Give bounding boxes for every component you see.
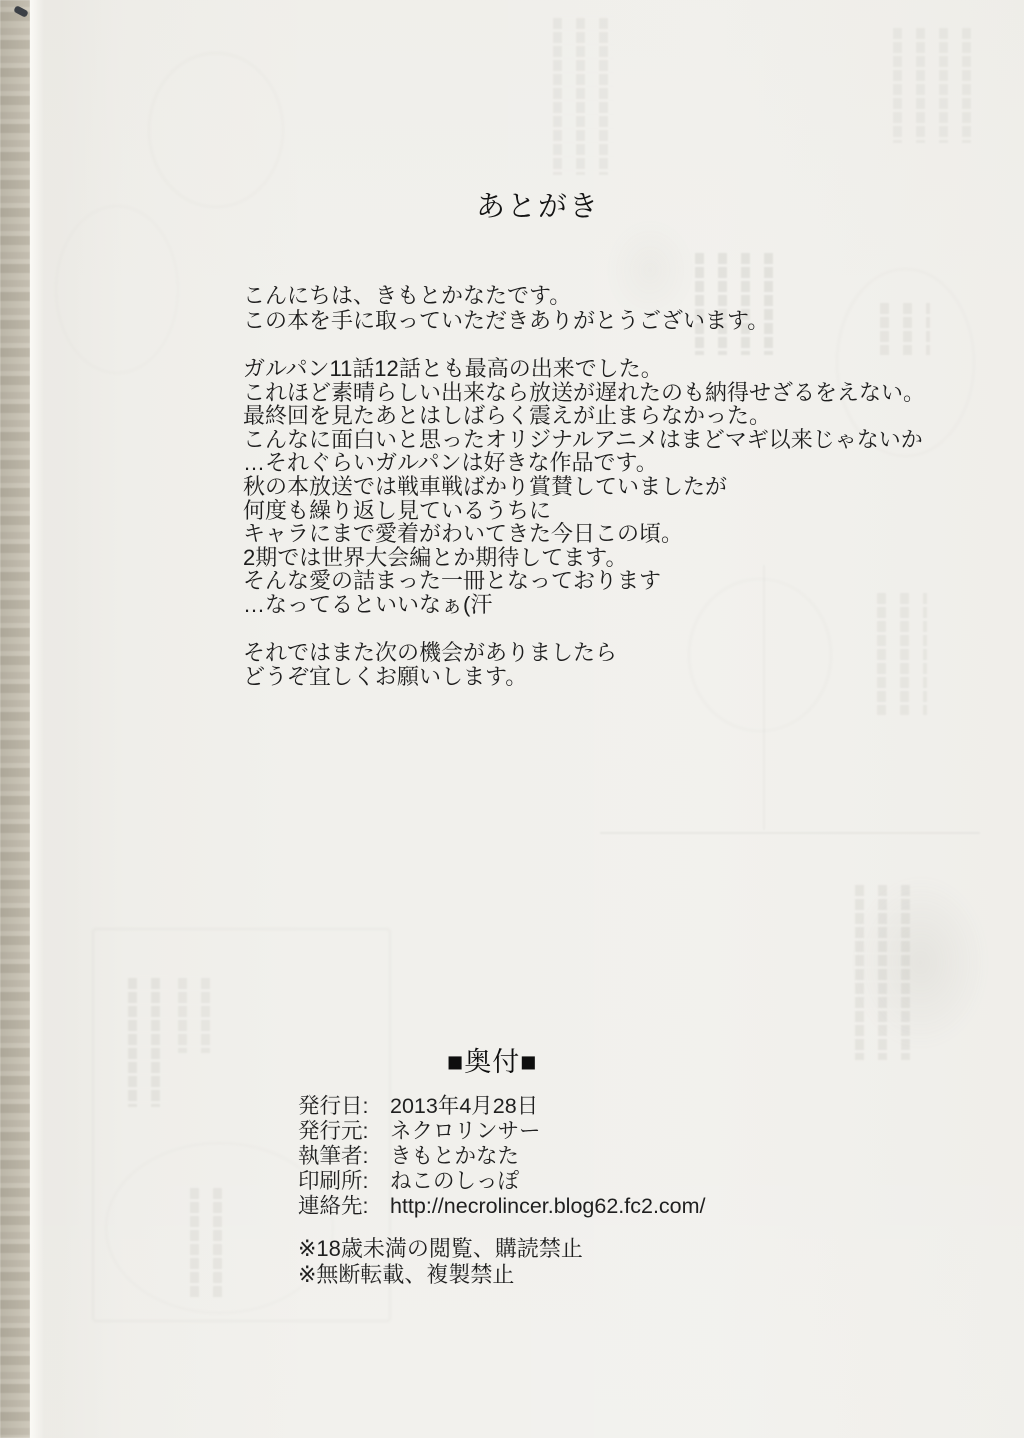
colophon-contact-url: http://necrolincer.blog62.fc2.com/ — [390, 1194, 706, 1219]
bleedthrough-text-column — [178, 975, 218, 1053]
colophon-notices: ※18歳未満の閲覧、購読禁止 ※無断転載、複製禁止 — [298, 1236, 583, 1287]
colophon-label: 発行元: — [298, 1119, 390, 1144]
colophon-notice-line: ※18歳未満の閲覧、購読禁止 — [298, 1236, 583, 1262]
bleedthrough-art — [828, 845, 1013, 1080]
colophon-value: きもとかなた — [390, 1144, 519, 1169]
afterword-body: ガルパン11話12話とも最高の出来でした。 これほど素晴らしい出来なら放送が遅れ… — [243, 357, 925, 617]
afterword-body-line: そんな愛の詰まった一冊となっております — [243, 569, 925, 593]
colophon-row: 連絡先: http://necrolincer.blog62.fc2.com/ — [298, 1194, 706, 1219]
afterword-greeting: こんにちは、きもとかなたです。 この本を手に取っていただきありがとうございます。 — [243, 283, 769, 333]
colophon-label: 執筆者: — [298, 1144, 390, 1169]
scan-page-edge — [0, 0, 30, 1438]
bleedthrough-text-column — [893, 25, 978, 143]
colophon-label: 印刷所: — [298, 1169, 390, 1194]
colophon-row: 発行日: 2013年4月28日 — [298, 1094, 706, 1119]
afterword-body-line: これほど素晴らしい出来なら放送が遅れたのも納得せざるをえない。 — [243, 381, 925, 405]
afterword-closing-line: それではまた次の機会がありましたら — [243, 641, 617, 665]
colophon-label: 発行日: — [298, 1094, 390, 1119]
colophon-value: 2013年4月28日 — [390, 1094, 538, 1119]
colophon-value: ねこのしっぽ — [390, 1169, 519, 1194]
scanned-page: あとがき こんにちは、きもとかなたです。 この本を手に取っていただきありがとうご… — [0, 0, 1024, 1438]
colophon-heading: ■奥付■ — [447, 1040, 538, 1079]
bleedthrough-text-column — [190, 1185, 226, 1297]
afterword-body-line: 最終回を見たあとはしばらく震えが止まらなかった。 — [243, 404, 925, 428]
bleedthrough-panel-line — [600, 832, 980, 834]
afterword-body-line: こんなに面白いと思ったオリジナルアニメはまどマギ以来じゃないか — [243, 428, 925, 452]
afterword-body-line: キャラにまで愛着がわいてきた今日この頃。 — [243, 522, 925, 546]
afterword-body-line: …なってるといいなぁ(汗 — [243, 593, 925, 617]
colophon-value: ネクロリンサー — [390, 1119, 541, 1144]
afterword-greeting-line: この本を手に取っていただきありがとうございます。 — [243, 308, 769, 333]
afterword-body-line: 秋の本放送では戦車戦ばかり賞賛していましたが — [243, 475, 925, 499]
afterword-body-line: ガルパン11話12話とも最高の出来でした。 — [243, 357, 925, 381]
colophon-row: 執筆者: きもとかなた — [298, 1144, 706, 1169]
scan-page-edge-highlight — [30, 0, 44, 1438]
afterword-closing-line: どうぞ宜しくお願いします。 — [243, 665, 617, 689]
bleedthrough-text-column — [880, 300, 930, 355]
colophon-row: 印刷所: ねこのしっぽ — [298, 1169, 706, 1194]
afterword-title: あとがき — [476, 184, 600, 225]
afterword-body-line: 2期では世界大会編とか期待してます。 — [243, 546, 925, 570]
colophon-entries: 発行日: 2013年4月28日 発行元: ネクロリンサー 執筆者: きもとかなた… — [298, 1094, 706, 1219]
bleedthrough-bubble — [148, 52, 284, 208]
afterword-body-line: 何度も繰り返し見ているうちに — [243, 499, 925, 523]
colophon-row: 発行元: ネクロリンサー — [298, 1119, 706, 1144]
colophon-label: 連絡先: — [298, 1194, 390, 1219]
afterword-greeting-line: こんにちは、きもとかなたです。 — [243, 283, 769, 308]
bleedthrough-bubble — [55, 205, 179, 374]
colophon-notice-line: ※無断転載、複製禁止 — [298, 1262, 583, 1288]
bleedthrough-text-column — [553, 15, 615, 175]
bleedthrough-text-column — [855, 882, 910, 1060]
afterword-closing: それではまた次の機会がありましたら どうぞ宜しくお願いします。 — [243, 641, 617, 689]
afterword-body-line: …それぐらいガルパンは好きな作品です。 — [243, 451, 925, 475]
bleedthrough-text-column — [128, 975, 170, 1107]
